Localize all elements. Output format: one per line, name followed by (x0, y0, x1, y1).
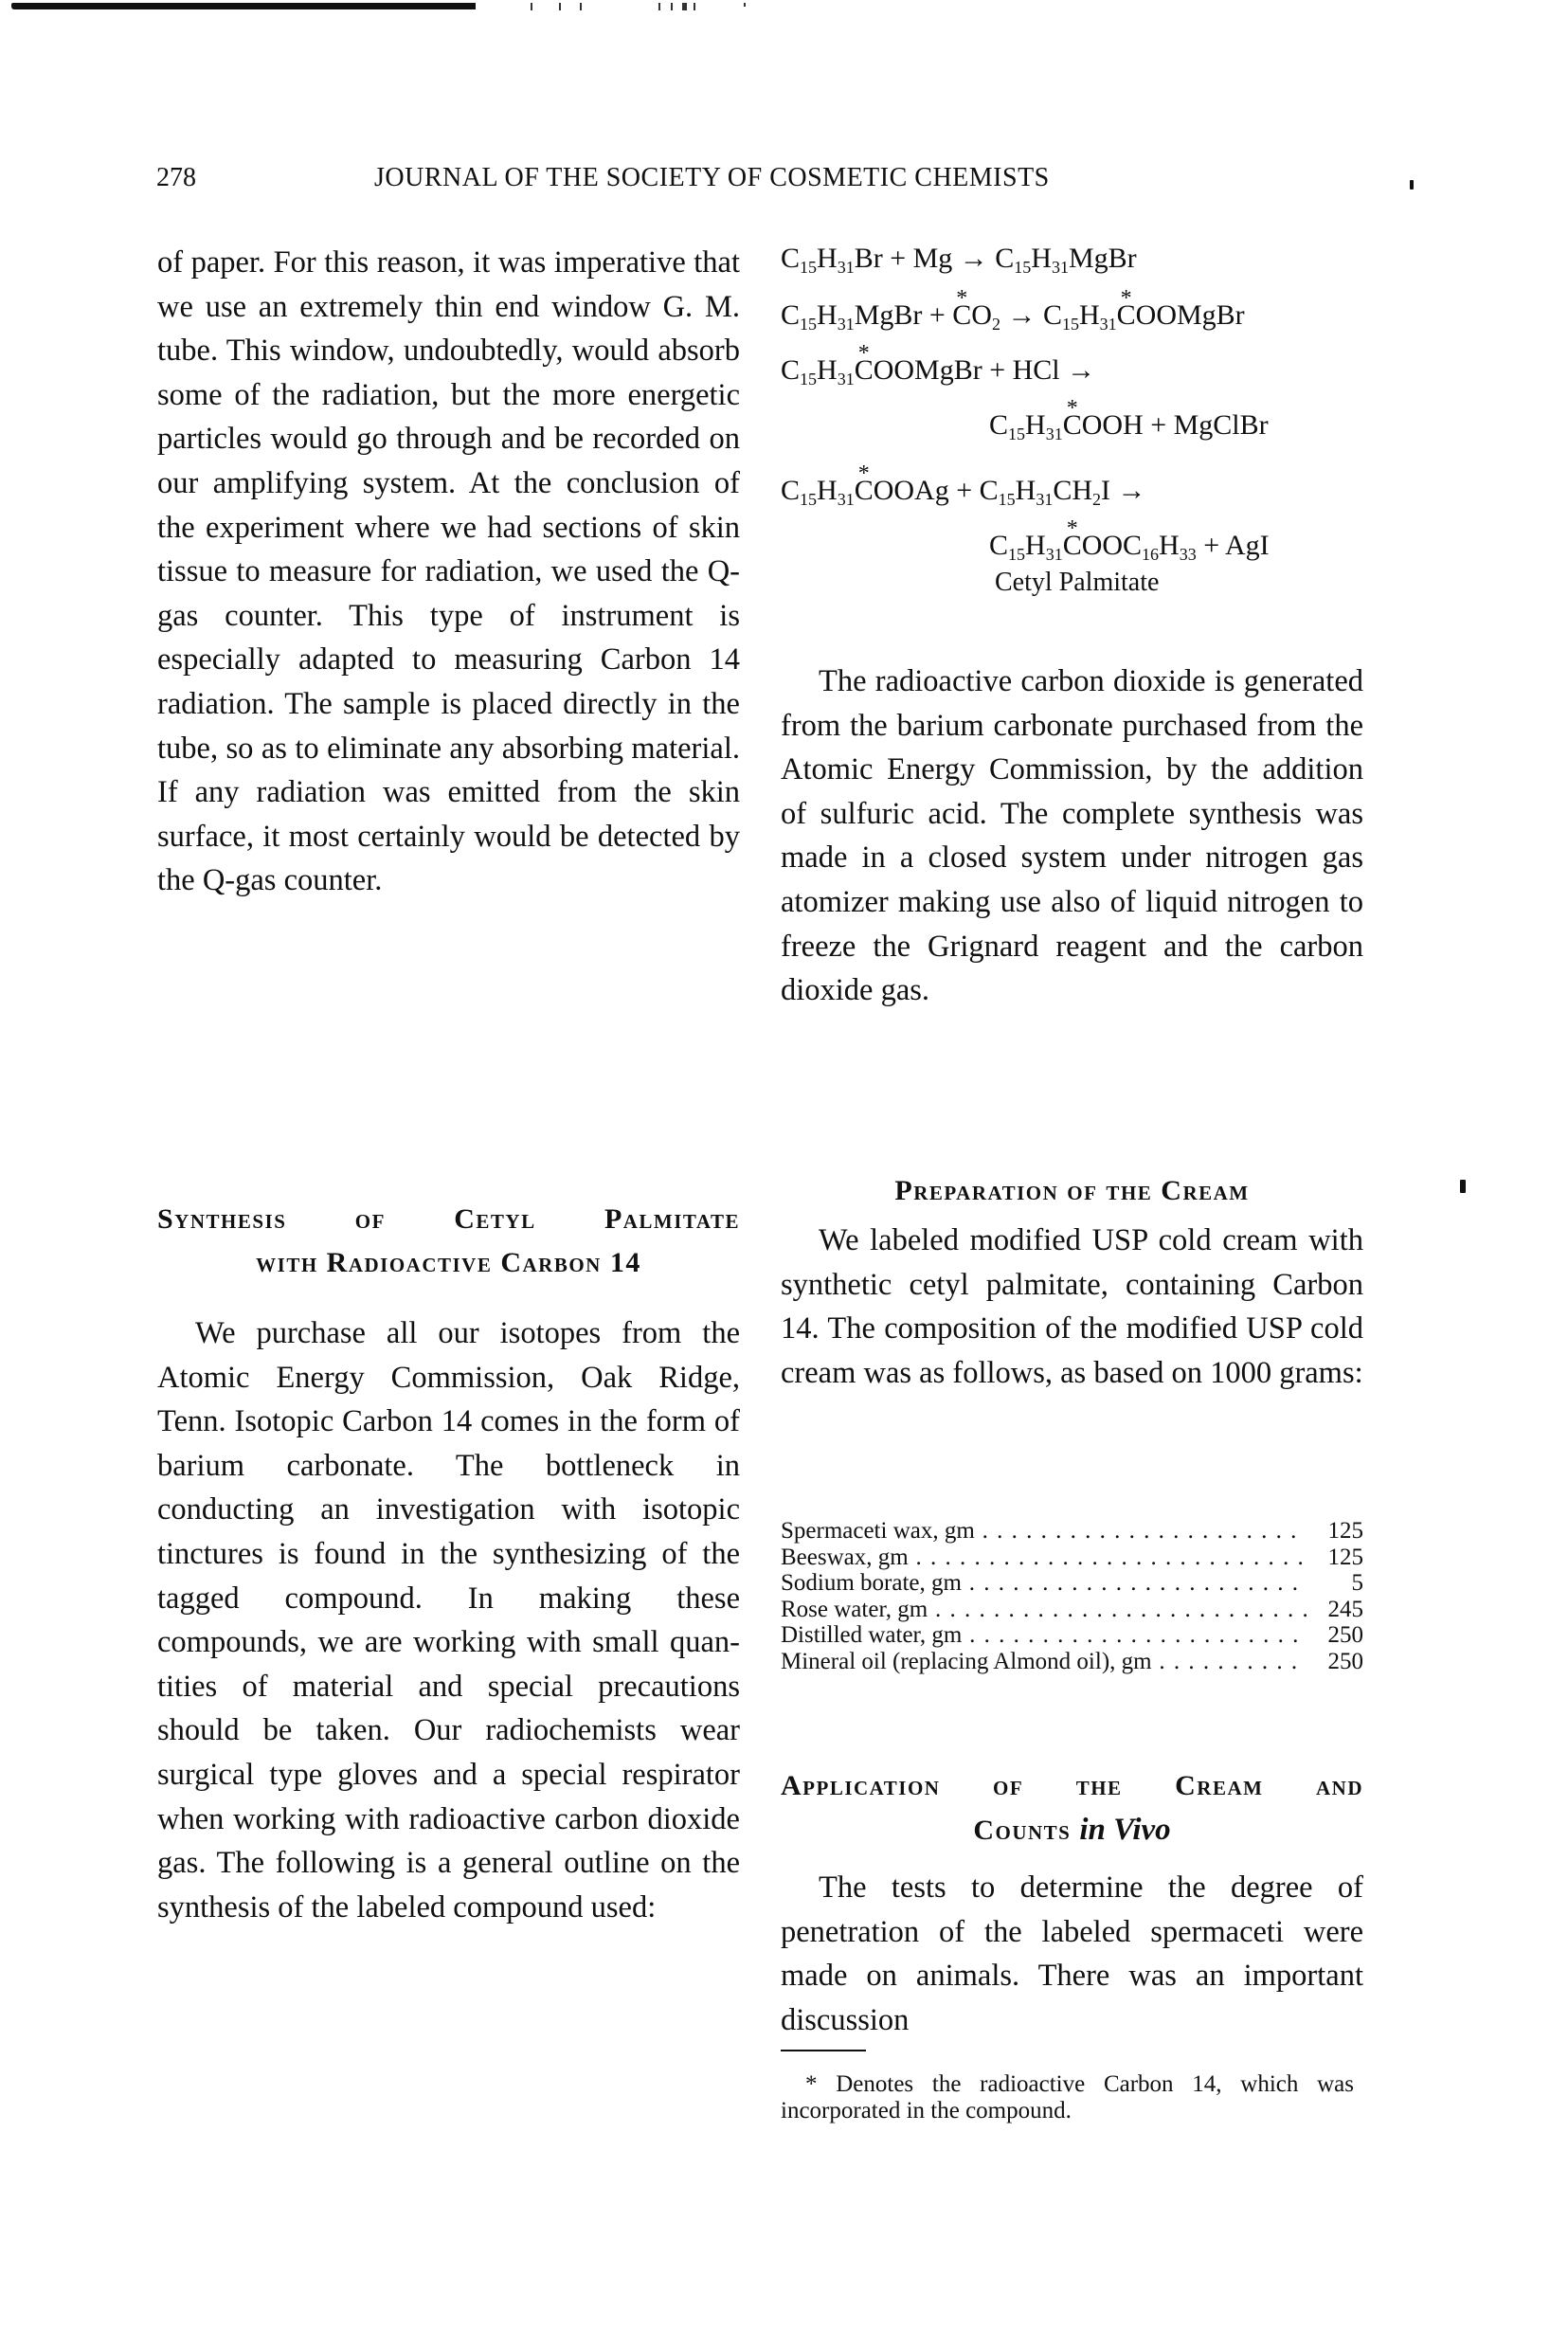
amount: 250 (1307, 1622, 1363, 1649)
equation: C15H31COOH + MgClBr (989, 411, 1269, 440)
ingredient: Spermaceti wax, gm (781, 1518, 1307, 1545)
body-paragraph: We labeled modified USP cold cream with … (781, 1219, 1363, 1395)
section-heading: Application of the Cream and (781, 1764, 1363, 1808)
amount: 5 (1307, 1570, 1363, 1597)
section-heading: Synthesis of Cetyl Palmitate (157, 1198, 740, 1241)
left-column: of paper. For this reason, it was impera… (157, 241, 740, 903)
page-number: 278 (156, 163, 196, 193)
equation: C15H31COOMgBr + HCl → (781, 356, 1095, 385)
ingredient: Distilled water, gm (781, 1622, 1307, 1649)
equation: C15H31COOAg + C15H31CH2I → (781, 477, 1146, 505)
preparation-section: Preparation of the Cream We labeled modi… (781, 1169, 1363, 1395)
table-row: Distilled water, gm 250 (781, 1622, 1363, 1649)
running-head: 278 JOURNAL OF THE SOCIETY OF COSMETIC C… (0, 163, 1568, 201)
section-heading-line2: Counts in Vivo (781, 1808, 1363, 1852)
ingredient: Beeswax, gm (781, 1545, 1307, 1571)
formula-table: Spermaceti wax, gm 125 Beeswax, gm 125 S… (781, 1518, 1363, 1674)
amount: 250 (1307, 1649, 1363, 1675)
body-paragraph: of paper. For this reason, it was impera… (157, 241, 740, 903)
table-row: Spermaceti wax, gm 125 (781, 1518, 1363, 1545)
table-row: Rose water, gm 245 (781, 1597, 1363, 1623)
margin-mark (1460, 1180, 1466, 1193)
footnote: * Denotes the radioactive Carbon 14, whi… (781, 2071, 1354, 2124)
journal-title: JOURNAL OF THE SOCIETY OF COSMETIC CHEMI… (374, 163, 1050, 193)
application-section: Application of the Cream and Counts in V… (781, 1764, 1363, 2042)
scan-artifact-ticks (531, 3, 815, 11)
body-paragraph: The radioactive carbon dioxide is genera… (781, 660, 1363, 1013)
body-paragraph: We purchase all our isotopes from the At… (157, 1311, 740, 1929)
equation: C15H31COOC16H33 + AgI (989, 532, 1270, 560)
table-row: Sodium borate, gm 5 (781, 1570, 1363, 1597)
table-row: Beeswax, gm 125 (781, 1545, 1363, 1571)
amount: 245 (1307, 1597, 1363, 1623)
footnote-rule (781, 2050, 866, 2051)
section-heading: Preparation of the Cream (781, 1169, 1363, 1213)
ingredient: Sodium borate, gm (781, 1570, 1307, 1597)
equation: C15H31MgBr + CO2 → C15H31COOMgBr (781, 301, 1245, 330)
right-column-paragraph: The radioactive carbon dioxide is genera… (781, 660, 1363, 1013)
amount: 125 (1307, 1545, 1363, 1571)
left-column-section: Synthesis of Cetyl Palmitate with Radioa… (157, 1198, 740, 1929)
margin-mark (1410, 180, 1414, 190)
section-heading-line2: with Radioactive Carbon 14 (157, 1241, 740, 1285)
ingredient: Mineral oil (replacing Almond oil), gm (781, 1649, 1307, 1675)
equation: C15H31Br + Mg → C15H31MgBr (781, 244, 1137, 273)
product-label: Cetyl Palmitate (995, 567, 1159, 599)
amount: 125 (1307, 1518, 1363, 1545)
table-row: Mineral oil (replacing Almond oil), gm 2… (781, 1649, 1363, 1675)
ingredient: Rose water, gm (781, 1597, 1307, 1623)
body-paragraph: The tests to determine the degree of pen… (781, 1866, 1363, 2042)
scan-artifact-bar (11, 3, 476, 9)
